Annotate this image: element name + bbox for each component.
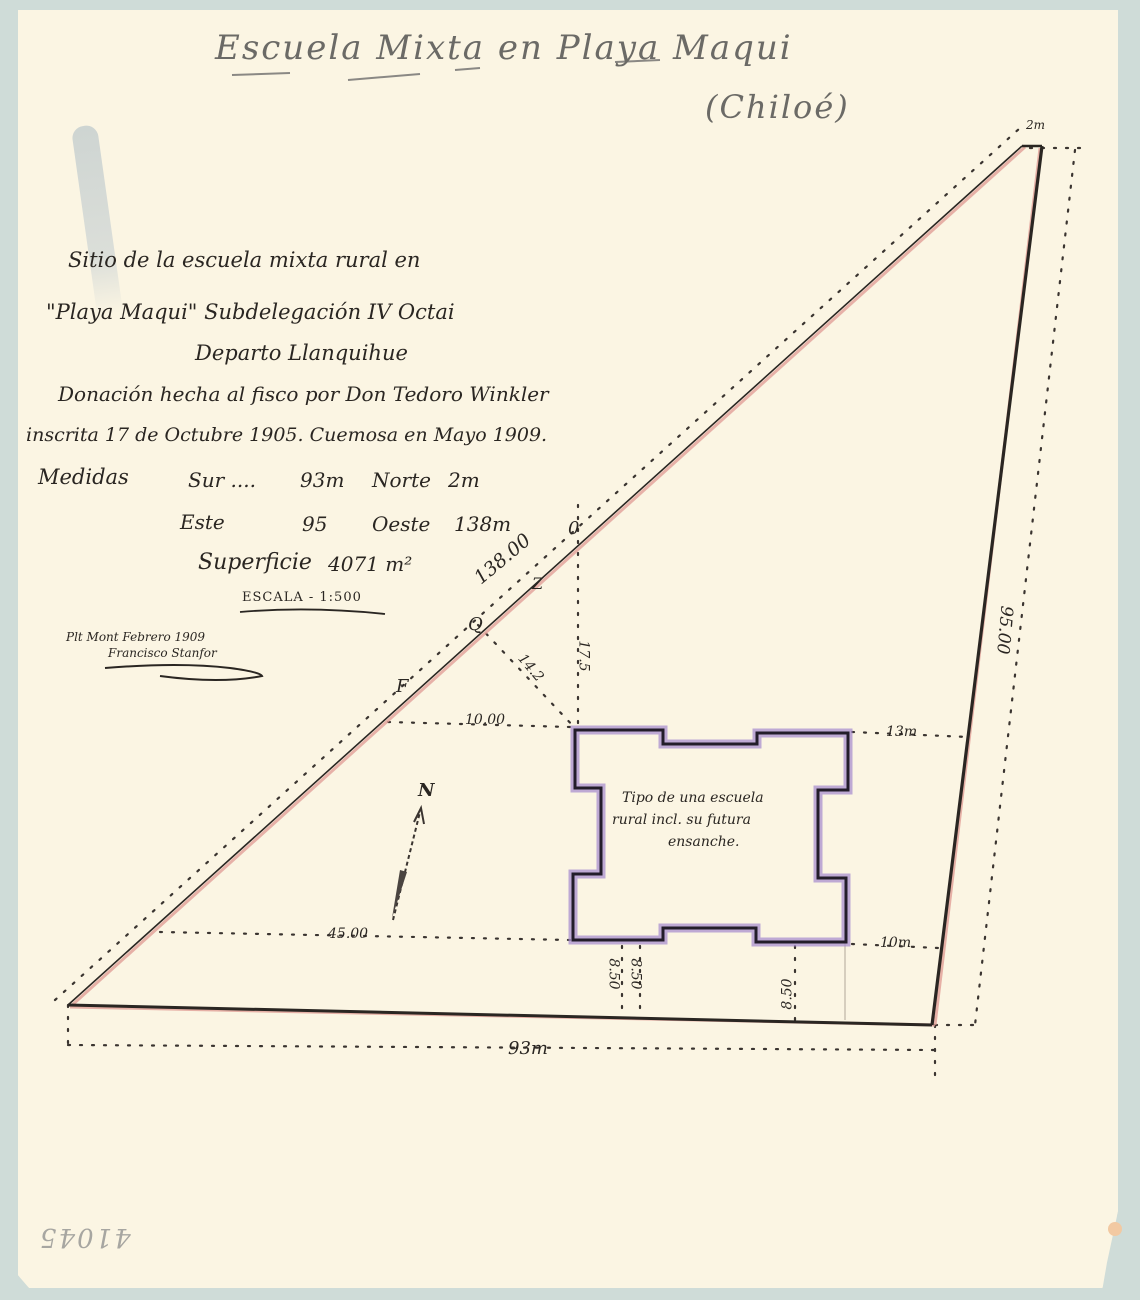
building-right-top-offset: 13m — [886, 724, 917, 740]
vertical-distance: 17.5 — [576, 640, 592, 671]
north-arrow-icon — [392, 808, 424, 920]
east-side-label: 95.00 — [992, 605, 1016, 655]
superficie-label: Superficie — [198, 550, 312, 575]
north-corner-label: 2m — [1026, 118, 1045, 132]
south-side-label: 93m — [508, 1038, 548, 1059]
legend-line-5: inscrita 17 de Octubre 1905. Cuemosa en … — [26, 424, 547, 446]
property-boundary — [68, 146, 1042, 1025]
oeste-label: Oeste — [372, 512, 430, 536]
norte-label: Norte — [372, 468, 431, 492]
diag-point-o: 0 — [568, 518, 579, 539]
pencil-title: Escuela Mixta en Playa Maqui — [215, 28, 793, 68]
oeste-value: 138m — [454, 512, 511, 536]
south-dim-line — [68, 1045, 935, 1050]
este-label: Este — [180, 510, 225, 534]
scale-label: ESCALA - 1:500 — [242, 590, 362, 605]
legend-line-2: "Playa Maqui" Subdelegación IV Octai — [46, 300, 455, 324]
diag-letter-q: Q — [468, 614, 483, 635]
norte-value: 2m — [448, 468, 480, 492]
legend-line-1: Sitio de la escuela mixta rural en — [68, 248, 420, 272]
north-label: N — [418, 780, 434, 801]
building-left-offset: 10.00 — [465, 712, 505, 728]
bottom-offset-1-label: 8.50 — [606, 958, 622, 989]
bottom-offset-3-label: 8.50 — [780, 978, 796, 1009]
west-boundary — [68, 146, 1022, 1005]
measures-label: Medidas — [38, 465, 129, 489]
building-label-line-1: Tipo de una escuela — [622, 790, 764, 806]
signature-line-1: Plt Mont Febrero 1909 — [66, 630, 205, 644]
building-left-bottom-offset: 45.00 — [328, 926, 368, 942]
building-right-bottom-offset: 10m — [880, 935, 911, 951]
legend-line-3: Departo Llanquihue — [195, 341, 408, 365]
diag-letter-z: Z — [532, 574, 543, 593]
sur-label: Sur .... — [188, 468, 256, 492]
boundary-wash — [70, 147, 1040, 1025]
signature-line-2: Francisco Stanfor — [108, 646, 217, 660]
building-label-line-3: ensanche. — [668, 834, 739, 850]
superficie-value: 4071 m² — [328, 552, 412, 576]
legend-line-4: Donación hecha al fisco por Don Tedoro W… — [58, 382, 549, 406]
archive-number: 41045 — [38, 1222, 131, 1252]
este-value: 95 — [302, 512, 327, 536]
signature-flourish — [105, 665, 262, 680]
sur-value: 93m — [300, 468, 344, 492]
scale-underline — [240, 609, 385, 614]
east-boundary — [932, 146, 1042, 1025]
building-label-line-2: rural incl. su futura — [612, 812, 751, 828]
south-boundary — [68, 1005, 932, 1025]
diag-letter-f: F — [396, 676, 409, 697]
bottom-offset-2-label: 8.50 — [628, 958, 644, 989]
pencil-subtitle: (Chiloé) — [705, 88, 850, 126]
